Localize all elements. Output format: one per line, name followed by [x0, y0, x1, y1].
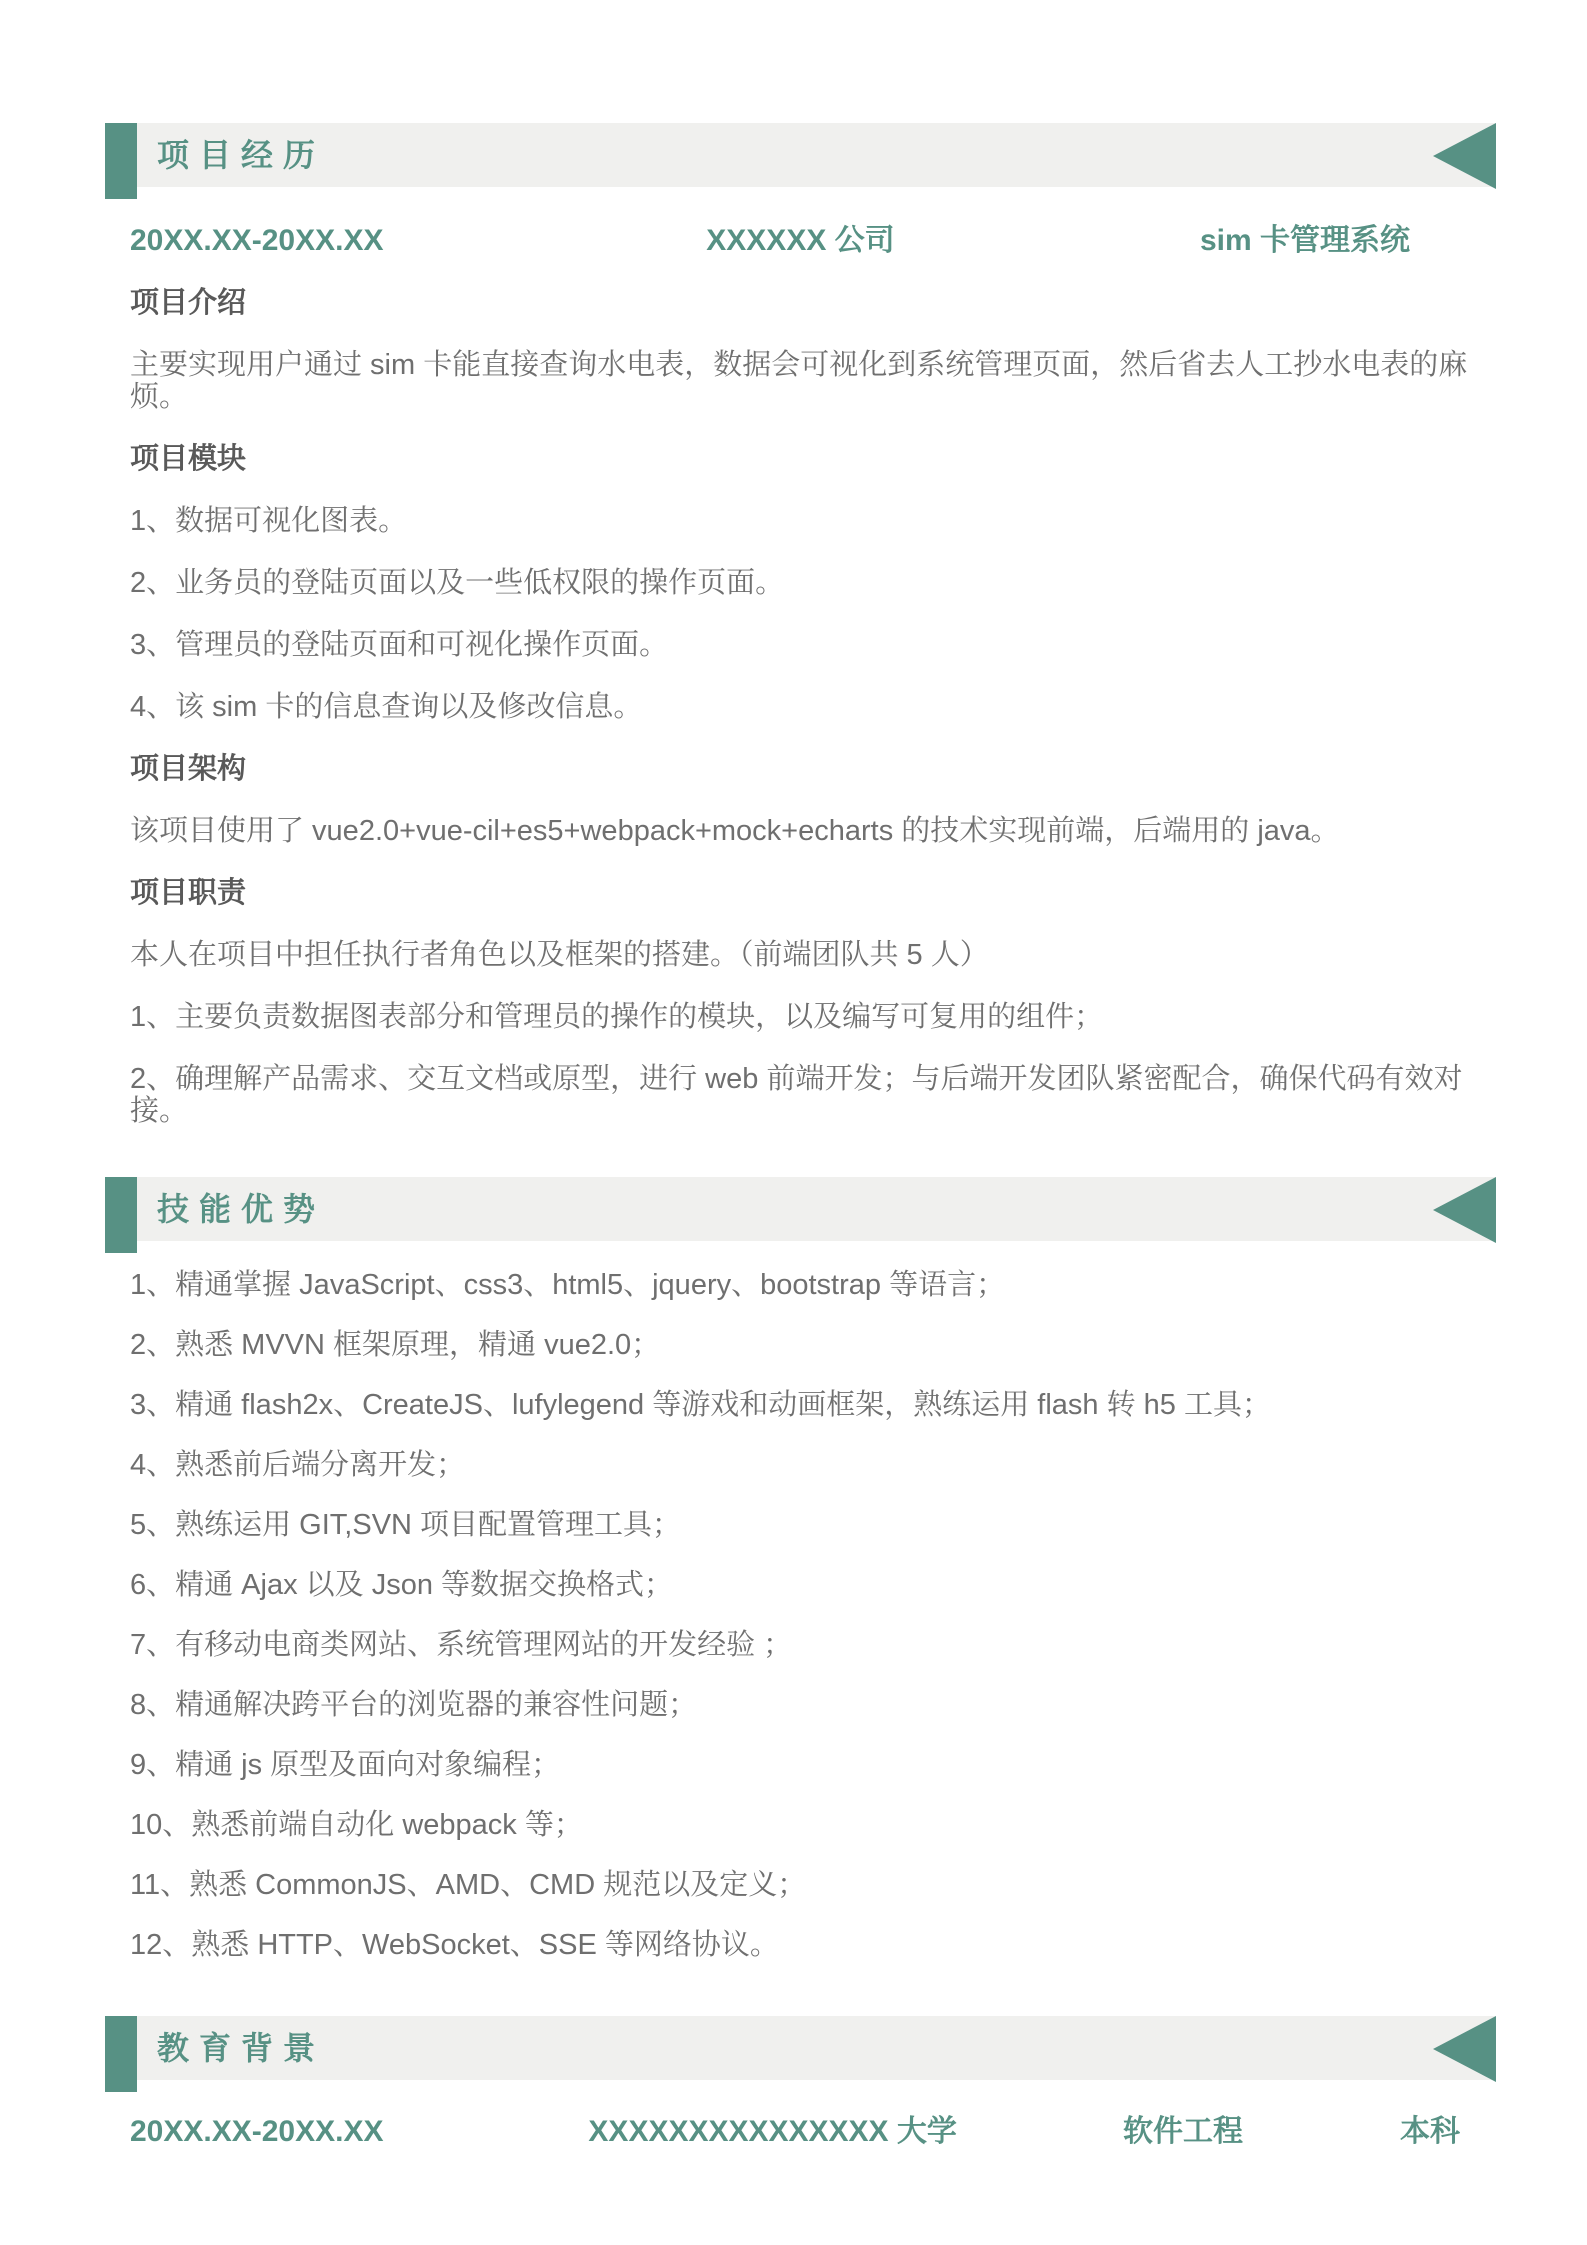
resume-page: 项目经历 20XX.XX-20XX.XX XXXXXX 公司 sim 卡管理系统… — [0, 0, 1587, 2245]
project-period: 20XX.XX-20XX.XX — [105, 225, 564, 257]
project-duty-text: 本人在项目中担任执行者角色以及框架的搭建。（前端团队共 5 人） — [105, 939, 1496, 971]
skill-item: 2、熟悉 MVVN 框架原理，精通 vue2.0； — [105, 1329, 1496, 1361]
project-modules-label: 项目模块 — [105, 443, 1496, 475]
skill-item: 4、熟悉前后端分离开发； — [105, 1449, 1496, 1481]
project-company: XXXXXX 公司 — [564, 225, 1037, 257]
project-intro-text: 主要实现用户通过 sim 卡能直接查询水电表，数据会可视化到系统管理页面，然后省… — [105, 349, 1496, 413]
skill-item: 11、熟悉 CommonJS、AMD、CMD 规范以及定义； — [105, 1869, 1496, 1901]
project-duty-label: 项目职责 — [105, 877, 1496, 909]
section-education: 教育背景 20XX.XX-20XX.XX XXXXXXXXXXXXXXX 大学 … — [105, 2016, 1496, 2148]
skills-header-band: 技能优势 — [105, 1177, 1496, 1241]
project-meta-row: 20XX.XX-20XX.XX XXXXXX 公司 sim 卡管理系统 — [105, 225, 1496, 257]
section-skills: 技能优势 1、精通掌握 JavaScript、css3、html5、jquery… — [105, 1177, 1496, 1961]
education-section-title: 教育背景 — [105, 2016, 1496, 2080]
accent-bar — [105, 1177, 137, 1253]
accent-bar — [105, 2016, 137, 2092]
education-row: 20XX.XX-20XX.XX XXXXXXXXXXXXXXX 大学 软件工程 … — [105, 2116, 1496, 2148]
project-duty-item: 1、主要负责数据图表部分和管理员的操作的模块，以及编写可复用的组件； — [105, 1001, 1496, 1033]
education-degree: 本科 — [1329, 2116, 1496, 2148]
project-module-item: 2、业务员的登陆页面以及一些低权限的操作页面。 — [105, 567, 1496, 599]
education-school: XXXXXXXXXXXXXXX 大学 — [508, 2116, 1037, 2148]
left-arrow-icon — [1433, 1177, 1496, 1243]
education-period: 20XX.XX-20XX.XX — [105, 2116, 508, 2148]
resume-content: 项目经历 20XX.XX-20XX.XX XXXXXX 公司 sim 卡管理系统… — [105, 123, 1496, 2148]
education-major: 软件工程 — [1037, 2116, 1329, 2148]
project-intro-label: 项目介绍 — [105, 287, 1496, 319]
project-arch-text: 该项目使用了 vue2.0+vue-cil+es5+webpack+mock+e… — [105, 815, 1496, 847]
skill-item: 12、熟悉 HTTP、WebSocket、SSE 等网络协议。 — [105, 1929, 1496, 1961]
project-module-item: 4、该 sim 卡的信息查询以及修改信息。 — [105, 691, 1496, 723]
skill-item: 6、精通 Ajax 以及 Json 等数据交换格式； — [105, 1569, 1496, 1601]
skill-item: 5、熟练运用 GIT,SVN 项目配置管理工具； — [105, 1509, 1496, 1541]
projects-header-band: 项目经历 — [105, 123, 1496, 187]
skill-item: 1、精通掌握 JavaScript、css3、html5、jquery、boot… — [105, 1269, 1496, 1301]
skill-item: 10、熟悉前端自动化 webpack 等； — [105, 1809, 1496, 1841]
project-duty-item: 2、确理解产品需求、交互文档或原型，进行 web 前端开发；与后端开发团队紧密配… — [105, 1063, 1496, 1127]
skill-item: 3、精通 flash2x、CreateJS、lufylegend 等游戏和动画框… — [105, 1389, 1496, 1421]
education-header-band: 教育背景 — [105, 2016, 1496, 2080]
skill-item: 8、精通解决跨平台的浏览器的兼容性问题； — [105, 1689, 1496, 1721]
skills-section-title: 技能优势 — [105, 1177, 1496, 1241]
left-arrow-icon — [1433, 2016, 1496, 2082]
project-module-item: 1、数据可视化图表。 — [105, 505, 1496, 537]
skill-item: 7、有移动电商类网站、系统管理网站的开发经验 ； — [105, 1629, 1496, 1661]
project-title: sim 卡管理系统 — [1037, 225, 1496, 257]
left-arrow-icon — [1433, 123, 1496, 189]
accent-bar — [105, 123, 137, 199]
project-module-item: 3、管理员的登陆页面和可视化操作页面。 — [105, 629, 1496, 661]
skill-item: 9、精通 js 原型及面向对象编程； — [105, 1749, 1496, 1781]
project-arch-label: 项目架构 — [105, 753, 1496, 785]
projects-section-title: 项目经历 — [105, 123, 1496, 187]
section-projects: 项目经历 20XX.XX-20XX.XX XXXXXX 公司 sim 卡管理系统… — [105, 123, 1496, 1127]
